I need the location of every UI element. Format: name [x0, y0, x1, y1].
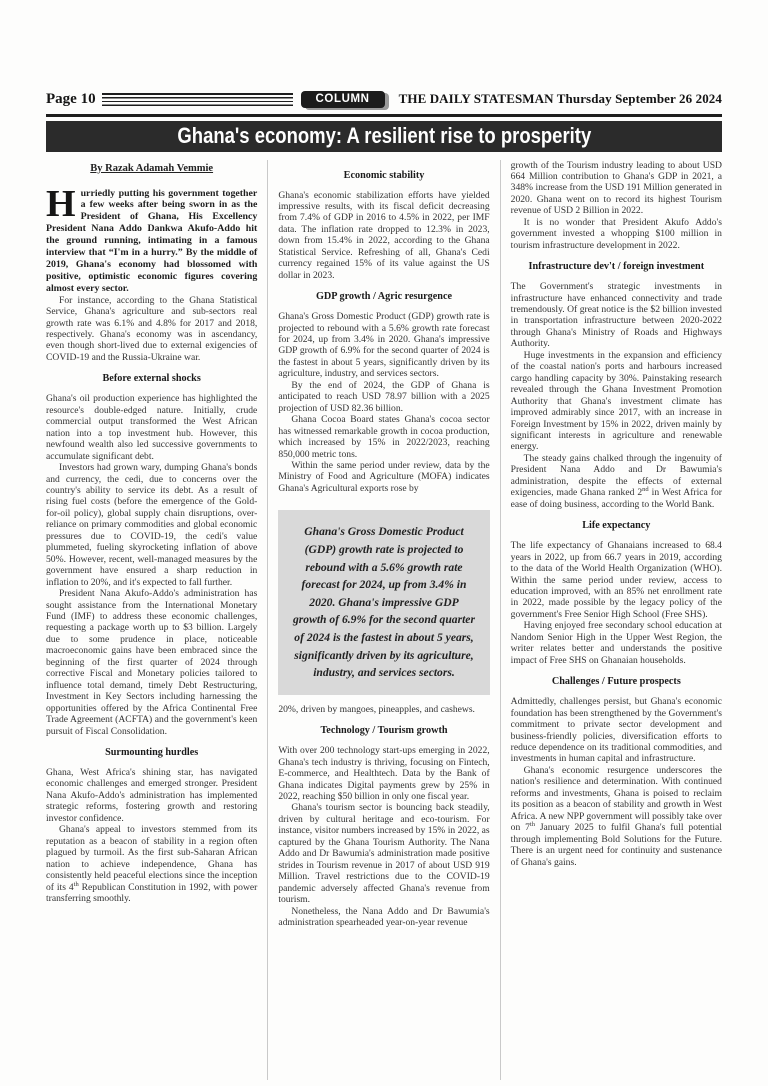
- paragraph: Ghana's oil production experience has hi…: [46, 393, 257, 462]
- column-3: growth of the Tourism industry leading t…: [500, 160, 722, 1080]
- paragraph: Having enjoyed free secondary school edu…: [511, 620, 722, 666]
- paragraph: It is no wonder that President Akufo Add…: [511, 217, 722, 251]
- section-heading: Life expectancy: [511, 520, 722, 531]
- paragraph: Admittedly, challenges persist, but Ghan…: [511, 696, 722, 765]
- lead-paragraph: Hurriedly putting his government togethe…: [46, 188, 257, 295]
- paragraph: The life expectancy of Ghanaians increas…: [511, 540, 722, 620]
- paragraph: For instance, according to the Ghana Sta…: [46, 295, 257, 364]
- paragraph: Ghana's economic resurgence underscores …: [511, 765, 722, 868]
- paragraph: growth of the Tourism industry leading t…: [511, 160, 722, 217]
- article-body: By Razak Adamah VemmieHurriedly putting …: [46, 160, 722, 1080]
- newspaper-page: Page 10 COLUMN THE DAILY STATESMAN Thurs…: [0, 0, 768, 1086]
- paragraph: Huge investments in the expansion and ef…: [511, 350, 722, 453]
- paragraph: Ghana's economic stabilization efforts h…: [278, 190, 489, 282]
- section-heading: GDP growth / Agric resurgence: [278, 291, 489, 302]
- paragraph: Ghana, West Africa's shining star, has n…: [46, 767, 257, 824]
- paragraph: The Government's strategic investments i…: [511, 281, 722, 350]
- superscript: nd: [642, 486, 649, 493]
- section-heading: Surmounting hurdles: [46, 747, 257, 758]
- column-1: By Razak Adamah VemmieHurriedly putting …: [46, 160, 267, 1080]
- masthead-dateline: THE DAILY STATESMAN Thursday September 2…: [399, 91, 722, 107]
- pull-quote: Ghana's Gross Domestic Product (GDP) gro…: [278, 510, 489, 694]
- page-number: Page 10: [46, 91, 96, 108]
- paragraph: With over 200 technology start-ups emerg…: [278, 745, 489, 802]
- headline-banner: Ghana's economy: A resilient rise to pro…: [46, 121, 722, 152]
- paragraph: By the end of 2024, the GDP of Ghana is …: [278, 380, 489, 414]
- headline: Ghana's economy: A resilient rise to pro…: [177, 123, 591, 149]
- byline: By Razak Adamah Vemmie: [46, 163, 257, 174]
- section-heading: Challenges / Future prospects: [511, 676, 722, 687]
- drop-cap: H: [46, 188, 81, 219]
- page-header: Page 10 COLUMN THE DAILY STATESMAN Thurs…: [46, 88, 722, 110]
- paragraph: Ghana's appeal to investors stemmed from…: [46, 824, 257, 904]
- paragraph: Nonetheless, the Nana Addo and Dr Bawumi…: [278, 906, 489, 929]
- section-heading: Economic stability: [278, 170, 489, 181]
- section-heading: Infrastructure dev't / foreign investmen…: [511, 261, 722, 272]
- superscript: th: [74, 880, 79, 887]
- paragraph: Ghana's Gross Domestic Product (GDP) gro…: [278, 311, 489, 380]
- paragraph: 20%, driven by mangoes, pineapples, and …: [278, 704, 489, 715]
- paragraph: President Nana Akufo-Addo's administrati…: [46, 588, 257, 737]
- section-badge: COLUMN: [301, 91, 385, 108]
- superscript: th: [530, 821, 535, 828]
- paragraph: Ghana Cocoa Board states Ghana's cocoa s…: [278, 414, 489, 460]
- paragraph: The steady gains chalked through the ing…: [511, 453, 722, 510]
- paragraph: Ghana's tourism sector is bouncing back …: [278, 802, 489, 905]
- paragraph: Within the same period under review, dat…: [278, 460, 489, 494]
- decorative-rule-lines: [102, 93, 293, 106]
- section-heading: Technology / Tourism growth: [278, 725, 489, 736]
- paragraph: Investors had grown wary, dumping Ghana'…: [46, 462, 257, 588]
- section-heading: Before external shocks: [46, 373, 257, 384]
- column-2: Economic stabilityGhana's economic stabi…: [267, 160, 499, 1080]
- header-divider-rule: [46, 114, 722, 117]
